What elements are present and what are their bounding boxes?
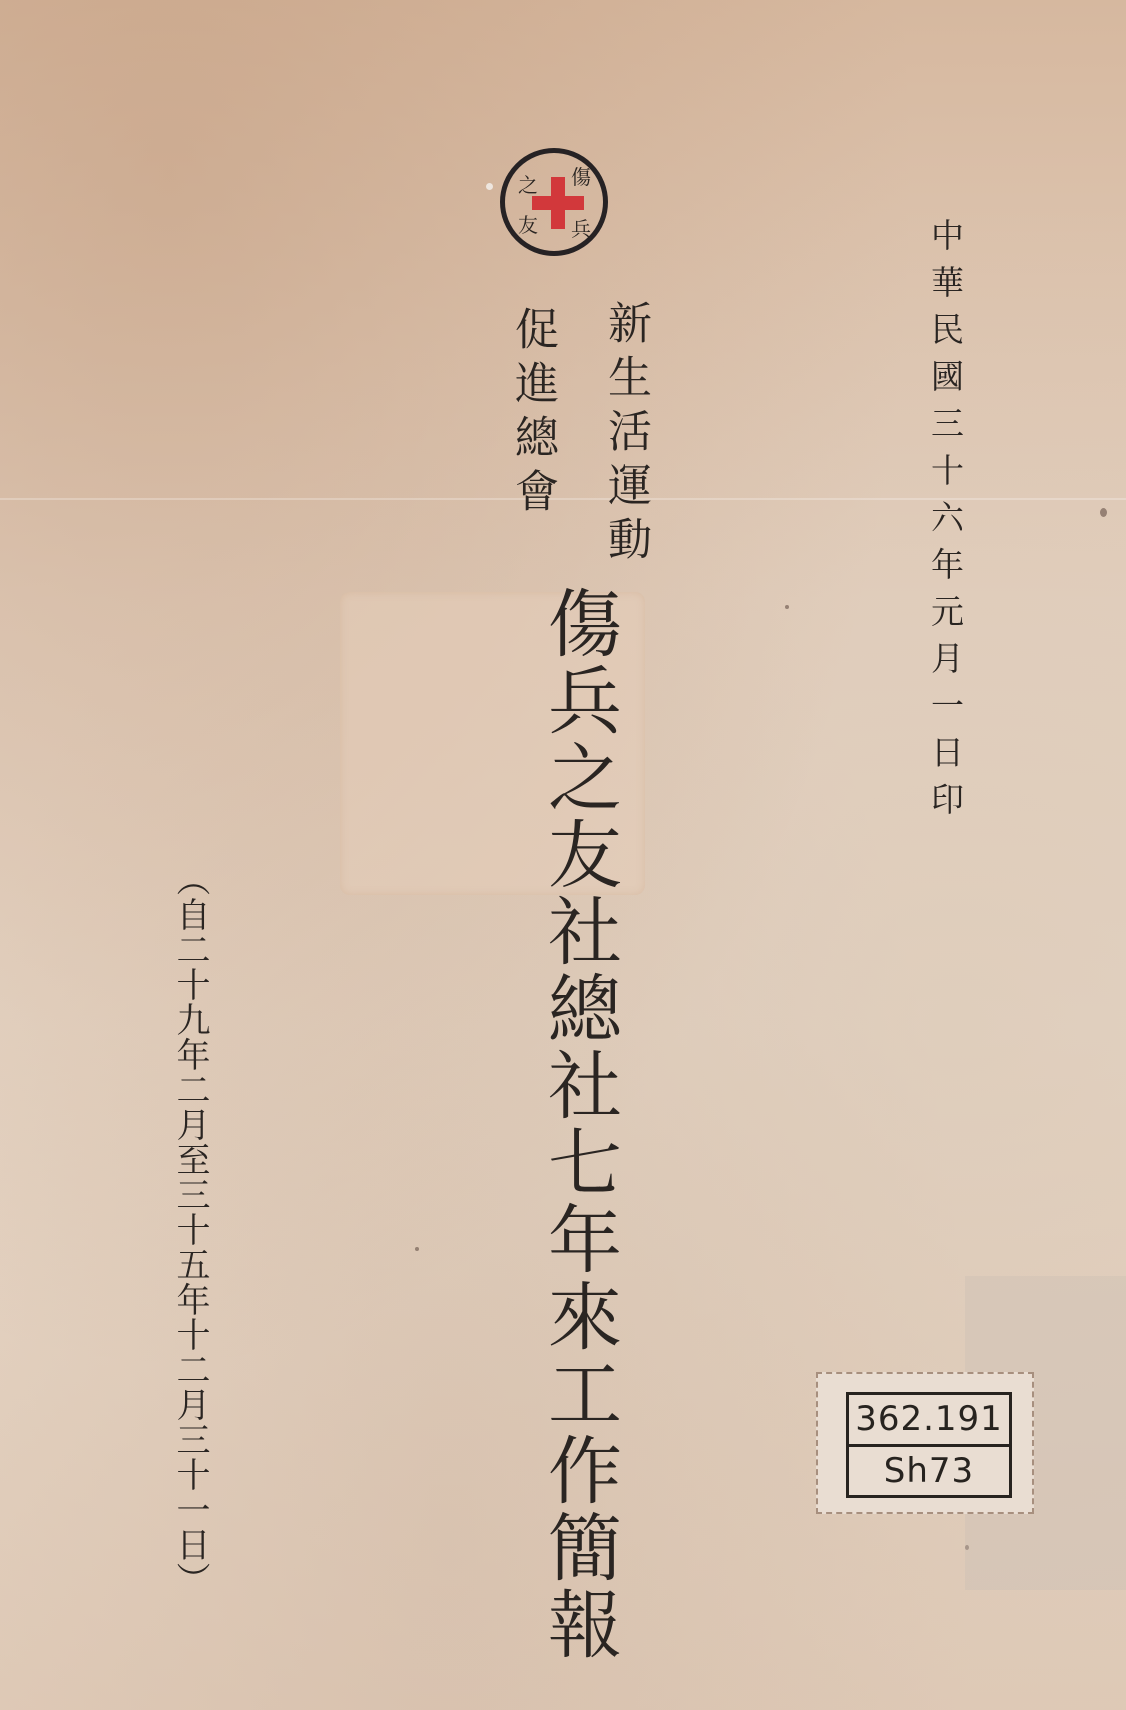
emblem-char: 傷 (571, 167, 591, 187)
wounded-soldiers-friend-emblem: 傷 兵 之 友 (500, 148, 608, 256)
call-number: 362.191 (849, 1395, 1009, 1444)
print-date: 中華民國三十六年元月一日印 (922, 218, 969, 829)
library-call-number-label: 362.191 Sh73 (816, 1372, 1034, 1514)
emblem-char: 兵 (571, 219, 591, 239)
paper-speck (1100, 508, 1107, 517)
emblem-char: 友 (518, 215, 538, 235)
coverage-period: （自二十九年二月至三十五年十二月三十一日） (166, 862, 215, 1597)
paper-speck (415, 1247, 419, 1251)
publisher-line-2: 促進總會 (500, 306, 564, 522)
publisher-line-1: 新生活運動 (593, 300, 657, 570)
emblem-char: 之 (518, 175, 538, 195)
paper-speck (785, 605, 789, 609)
red-cross-icon-bar (532, 196, 584, 210)
document-title: 傷兵之友社總社七年來工作簡報 (526, 585, 632, 1663)
call-number-grid: 362.191 Sh73 (846, 1392, 1012, 1498)
pin-hole (486, 183, 493, 190)
cutter-number: Sh73 (849, 1444, 1009, 1496)
